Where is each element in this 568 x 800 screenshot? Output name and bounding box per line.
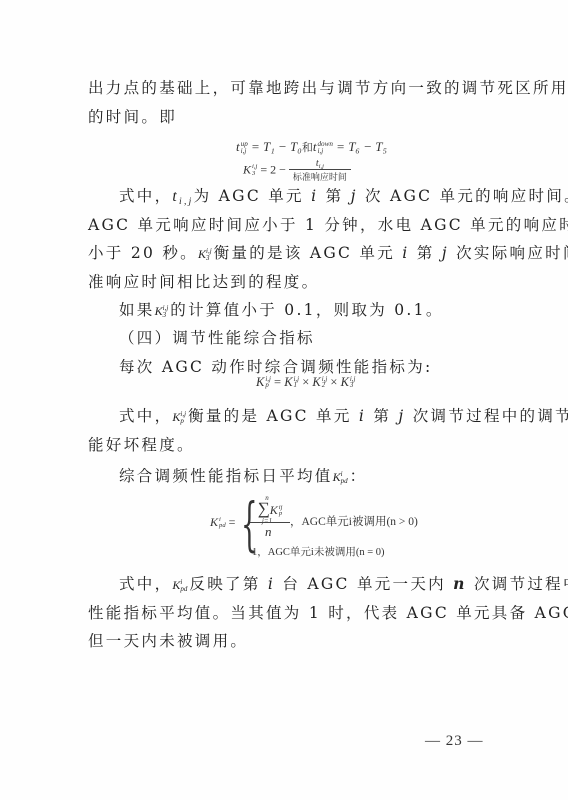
eq-supsub: i,j3 xyxy=(350,377,356,390)
eq-case2: 1，AGC单元i未被调用(n = 0) xyxy=(252,544,385,559)
sum-term: K xyxy=(270,503,278,517)
paragraph-line: 小于 20 秒。Ki,j3衡量的是该 AGC 单元 i 第 j 次实际响应时间与… xyxy=(88,243,488,264)
text: 台 AGC 单元一天内 xyxy=(275,575,453,593)
eq-supsub: ijp xyxy=(279,505,283,518)
section-heading: （四）调节性能综合指标 xyxy=(119,328,519,348)
text: 反映了第 xyxy=(189,575,267,593)
paragraph-line: 式中，ti,j为 AGC 单元 i 第 j 次 AGC 单元的响应时间。火电 xyxy=(119,186,519,209)
text: 第 xyxy=(410,244,442,262)
eq-var-k: K xyxy=(210,515,218,529)
var-kpd: Kipd xyxy=(333,470,350,484)
text: 小于 20 秒。 xyxy=(88,244,198,262)
eq-fraction: ti,j标准响应时间 xyxy=(289,158,351,183)
equation-k3: Ki,j3 = 2 − ti,j标准响应时间 xyxy=(243,158,351,183)
text: ： xyxy=(350,467,368,485)
text: 次 AGC 单元的响应时间。火电 xyxy=(358,187,568,205)
eq-var-t-up: t xyxy=(236,139,240,154)
text: 的计算值小于 0.1，则取为 0.1。 xyxy=(170,301,443,319)
text: 次调节过程中的 xyxy=(467,575,568,593)
eq-sum-denominator: n xyxy=(265,524,272,540)
eq-and: 和 xyxy=(302,141,313,154)
var-kp: Ki,jp xyxy=(172,410,188,424)
text: 如果 xyxy=(119,301,155,319)
var-j: j xyxy=(442,244,449,262)
var-t: ti,j xyxy=(172,188,193,205)
text: 衡量的是 AGC 单元 xyxy=(188,407,359,425)
var-j: j xyxy=(398,407,405,425)
text: 衡量的是该 AGC 单元 xyxy=(214,244,403,262)
eq-var-k1: K xyxy=(284,375,292,389)
eq-rhs-up: = T₁ − T₀ xyxy=(248,139,302,154)
equation-kpd-lhs: Kipd = xyxy=(210,515,235,530)
sub: i,j xyxy=(241,148,248,155)
var-i: i xyxy=(402,244,409,262)
eq-equals: = xyxy=(226,515,236,529)
equation-kp: Ki,jp = Ki,j1 × Ki,j2 × Ki,j3 xyxy=(256,375,355,390)
eq-supsub: ipd xyxy=(219,517,226,530)
document-page: 出力点的基础上，可靠地跨出与调节方向一致的调节死区所用 的时间。即 tupi,j… xyxy=(0,0,568,800)
var-n: n xyxy=(453,574,467,593)
text: 式中， xyxy=(119,407,172,425)
text: 综合调频性能指标日平均值 xyxy=(119,467,333,485)
eq-case1-condition: ，AGC单元i被调用(n > 0) xyxy=(290,513,418,529)
text: 式中， xyxy=(119,187,172,205)
paragraph-line: AGC 单元响应时间应小于 1 分钟，水电 AGC 单元的响应时间应 xyxy=(88,215,488,235)
text: 次实际响应时间与标 xyxy=(449,244,568,262)
text: 次调节过程中的调节性 xyxy=(406,407,568,425)
paragraph-line: 如果Ki,j3的计算值小于 0.1，则取为 0.1。 xyxy=(119,300,519,321)
eq-denominator: 标准响应时间 xyxy=(289,169,351,183)
paragraph-line: 的时间。即 xyxy=(88,107,488,127)
eq-supsub: downi,j xyxy=(317,141,332,155)
eq-var-k: K xyxy=(256,375,264,389)
paragraph-line: 但一天内未被调用。 xyxy=(88,631,488,651)
eq-var-t-down: t xyxy=(313,139,317,154)
eq-rhs-down: = T₆ − T₅ xyxy=(333,139,387,154)
eq-var-k: K xyxy=(243,162,251,176)
sub: i,j xyxy=(317,148,332,155)
eq-sum-numerator: n ∑Kijp j=1 xyxy=(252,495,288,525)
eq-times: × xyxy=(299,375,312,389)
eq-times: × xyxy=(327,375,340,389)
paragraph-line: 式中，Kipd反映了第 i 台 AGC 单元一天内 n 次调节过程中的 xyxy=(119,574,519,595)
text: 式中， xyxy=(119,575,172,593)
paragraph-line: 每次 AGC 动作时综合调频性能指标为: xyxy=(119,357,519,377)
sum-symbol: ∑ xyxy=(258,499,270,518)
equation-response-time: tupi,j = T₁ − T₀和tdowni,j = T₆ − T₅ xyxy=(236,139,387,155)
paragraph-line: 式中，Ki,jp衡量的是 AGC 单元 i 第 j 次调节过程中的调节性 xyxy=(119,406,519,427)
fraction-bar xyxy=(250,522,290,523)
eq-supsub: upi,j xyxy=(241,141,248,155)
eq-equals: = xyxy=(271,375,284,389)
paragraph-line: 综合调频性能指标日平均值Kipd： xyxy=(119,466,519,487)
var-k3: Ki,j3 xyxy=(198,247,214,261)
text: 第 xyxy=(318,187,350,205)
eq-equals: = 2 − xyxy=(257,162,289,176)
text: 为 AGC 单元 xyxy=(194,187,311,205)
eq-var-k3: K xyxy=(341,375,349,389)
eq-numerator: ti,j xyxy=(312,158,328,169)
paragraph-line: 出力点的基础上，可靠地跨出与调节方向一致的调节死区所用 xyxy=(88,78,488,98)
eq-var-k2: K xyxy=(312,375,320,389)
var-j: j xyxy=(351,187,358,205)
var-k3: Ki,j3 xyxy=(155,304,171,318)
text: 第 xyxy=(366,407,398,425)
page-number: — 23 — xyxy=(425,733,484,750)
paragraph-line: 能好坏程度。 xyxy=(88,435,488,455)
var-kpd: Kipd xyxy=(172,578,189,592)
paragraph-line: 准响应时间相比达到的程度。 xyxy=(88,272,488,292)
paragraph-line: 性能指标平均值。当其值为 1 时，代表 AGC 单元具备 AGC 功能 xyxy=(88,603,488,623)
